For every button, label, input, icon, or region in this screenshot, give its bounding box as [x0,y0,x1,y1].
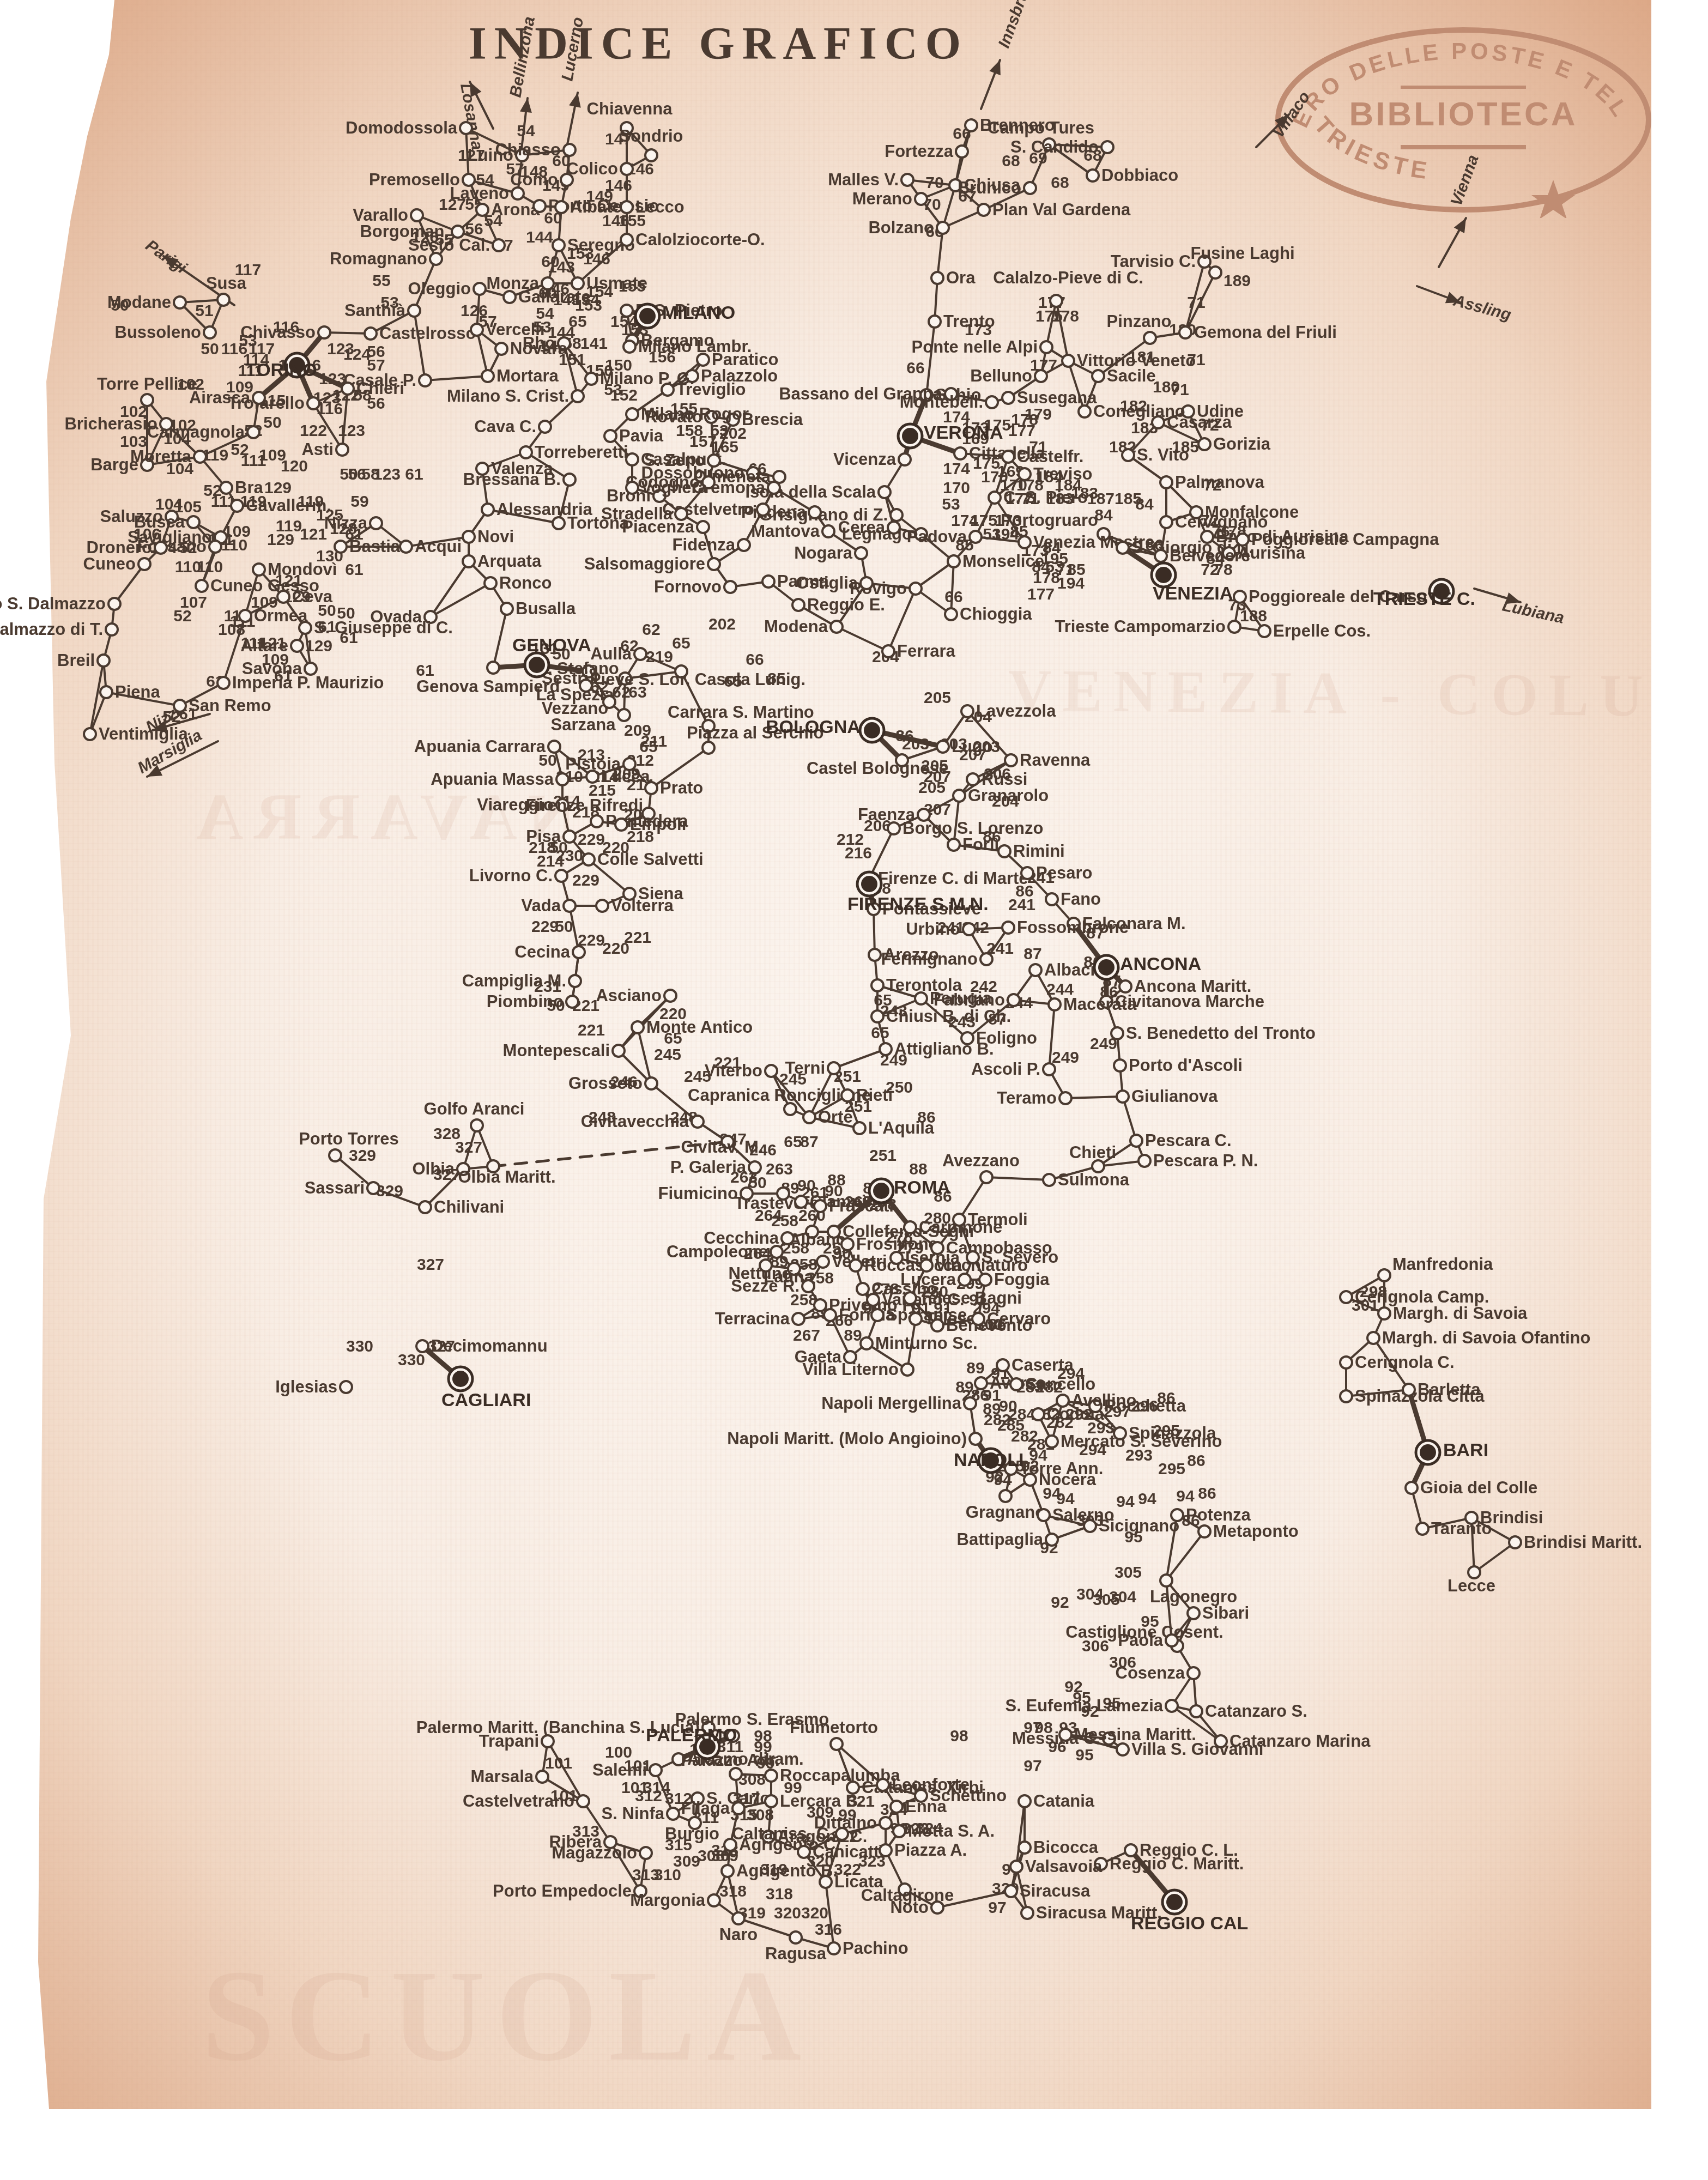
timetable-number[interactable]: 62 [642,621,660,639]
timetable-number[interactable]: 318 [766,1885,793,1903]
station[interactable]: Pachino [828,1939,908,1958]
timetable-number[interactable]: 94 [1138,1490,1156,1508]
station-node-icon [814,1299,826,1311]
timetable-number[interactable]: 209 [624,722,651,740]
station[interactable]: Valsavoia [1010,1857,1103,1876]
station[interactable]: Trieste Campomarzio [1055,617,1240,636]
station-node-icon [471,324,483,336]
timetable-number[interactable]: 146 [605,177,632,195]
station[interactable]: Napoli Mergellina [821,1394,976,1413]
timetable-number[interactable]: 327 [455,1139,482,1156]
station[interactable]: Reggio C. Maritt. [1095,1854,1244,1873]
station-node-icon [329,1149,341,1161]
station[interactable]: Vicenza [833,450,911,469]
station-label: Catanzaro Marina [1229,1731,1371,1751]
station[interactable]: Gemona del Friuli [1179,323,1337,342]
station-node-icon [231,500,243,512]
timetable-number[interactable]: 94 [1176,1487,1195,1505]
station[interactable]: Sassari [305,1178,379,1197]
station[interactable]: Sondrio [619,126,683,161]
timetable-number[interactable]: 97 [1023,1757,1041,1775]
timetable-number[interactable]: 251 [869,1147,897,1165]
timetable-number[interactable]: 179 [1025,405,1052,423]
station[interactable]: Brindisi Maritt. [1509,1533,1642,1552]
station[interactable]: Minturno Sc. [861,1334,978,1353]
station-label: Urbino [906,919,960,938]
timetable-number[interactable]: 66 [746,651,764,669]
station[interactable]: Torreberetti [520,443,628,462]
station[interactable]: Fortezza [885,142,968,161]
station[interactable]: Salsomaggiore [584,554,720,573]
timetable-number[interactable]: 84 [1135,495,1154,513]
station-node-icon [817,1256,829,1268]
timetable-number[interactable]: 50 [555,918,573,936]
timetable-number[interactable]: 66 [944,588,962,606]
timetable-number[interactable]: 110 [197,558,223,576]
station[interactable]: Lagonegro [1150,1575,1237,1606]
station-node-icon [1403,1384,1415,1396]
station-node-icon [1046,1436,1058,1448]
timetable-number[interactable]: 194 [1057,574,1085,592]
station[interactable]: Trento [929,312,995,331]
station[interactable]: Catania [1019,1791,1095,1810]
station[interactable]: Imperia P. Maurizio [217,673,384,692]
timetable-number[interactable]: 178 [1052,307,1079,325]
station-node-icon [904,1292,916,1304]
timetable-number[interactable]: 229 [572,871,599,889]
station[interactable]: Catanzaro S. [1190,1701,1307,1721]
station[interactable]: Ravenna [1005,750,1091,770]
station[interactable]: Pescara C. [1130,1131,1232,1150]
station[interactable]: Castelvetrano [463,1791,589,1810]
station[interactable]: Cecina [514,942,585,961]
station[interactable]: Borgo S. Dalmazzo [0,594,120,613]
station[interactable]: Taranto [1416,1519,1492,1538]
station[interactable]: Moretta [130,447,206,466]
station[interactable]: Bressana B. [463,470,576,489]
timetable-number[interactable]: 123 [373,465,401,483]
station-label: Naro [719,1925,758,1944]
station[interactable]: Apuania Carrara [414,737,560,756]
station-label: Livorno C. [469,866,553,885]
station[interactable]: Milano Rogor. [626,404,753,423]
station[interactable]: Montebell. [900,392,998,411]
station[interactable]: Rimini [998,841,1065,861]
timetable-number[interactable]: 88 [909,1160,927,1178]
timetable-number[interactable]: 202 [708,615,736,633]
station-label: Magazzolo [552,1843,637,1862]
station[interactable]: Milano P. G. [585,369,694,388]
station[interactable]: Asti [301,440,348,459]
station-node-icon [1416,1523,1428,1535]
station[interactable]: Domodossola [346,118,472,137]
station[interactable]: Giulianova [1117,1087,1218,1106]
station[interactable]: S. Giuseppe di C. [299,618,453,637]
station[interactable]: Fornovo [654,577,736,596]
station[interactable]: Altare [240,636,303,655]
station-label: Marsala [471,1767,534,1786]
timetable-number[interactable]: 97 [988,1899,1006,1917]
station[interactable]: Enna [891,1797,947,1816]
station[interactable]: Catanzaro Marina [1215,1731,1371,1751]
station[interactable]: Susegana [1002,388,1097,407]
timetable-number[interactable]: 71 [1171,381,1189,399]
timetable-number[interactable]: 53 [942,495,960,513]
timetable-number[interactable]: 92 [1051,1594,1069,1612]
timetable-number[interactable]: 51 [195,302,213,320]
timetable-number[interactable]: 70 [925,174,943,192]
station-node-icon [880,1817,892,1829]
timetable-number[interactable]: 144 [526,228,553,246]
station[interactable]: Monte Antico [632,1018,753,1037]
timetable-number[interactable]: 89 [966,1359,984,1377]
station[interactable]: Arezzo [869,945,939,964]
timetable-number[interactable]: 177 [1027,585,1055,603]
timetable-number[interactable]: 55 [372,272,390,290]
timetable-number[interactable]: 98 [950,1727,968,1745]
timetable-number[interactable]: 230 [556,847,583,865]
station-label: Chiusi B. di Ch. [886,1007,1011,1026]
station[interactable]: Attigliano B. [880,1039,994,1058]
station[interactable]: Montepescali [503,1041,625,1060]
timetable-number[interactable]: 258 [771,1212,798,1230]
station-label: Apuania Massa [431,770,554,789]
station-label: Laveno [450,184,509,203]
timetable-number[interactable]: 68 [1051,174,1069,192]
station-label: Campo Tures [988,118,1094,137]
station[interactable]: Vezzano [542,696,615,718]
station[interactable]: Messina Maritt. [1059,1725,1196,1744]
timetable-number[interactable]: 152 [610,386,638,404]
station[interactable]: C. S. Piero [989,488,1088,507]
station[interactable]: Santhià [344,301,420,320]
station[interactable]: Gioia del Colle [1406,1478,1537,1497]
station[interactable]: Romagnano [330,249,442,268]
timetable-number[interactable]: 129 [267,531,294,549]
station[interactable]: Nizza [324,513,382,532]
station[interactable]: S. Eufemia Lamezia [1006,1696,1178,1715]
station[interactable]: Piazza A. [880,1840,967,1860]
timetable-number[interactable]: 61 [345,561,363,579]
major-city[interactable]: BARI [1416,1440,1488,1464]
station[interactable]: Colico [566,159,633,178]
timetable-number[interactable]: 245 [654,1046,681,1064]
station-node-icon [613,1045,625,1057]
station[interactable]: Sicignano [1084,1516,1179,1535]
station-node-icon [556,773,568,785]
timetable-number[interactable]: 65 [784,1133,802,1151]
timetable-number[interactable]: 189 [1224,272,1251,290]
station[interactable]: Metaponto [1198,1522,1299,1541]
station-label: Giulianova [1131,1087,1218,1106]
station-label: Fiumicino [658,1184,738,1203]
station[interactable]: Decimomannu [416,1336,548,1355]
timetable-number[interactable]: 203 [902,735,929,753]
major-city[interactable]: TRIESTE C. [1373,579,1475,609]
timetable-number[interactable]: 267 [793,1327,820,1345]
timetable-number[interactable]: 329 [376,1182,403,1200]
timetable-number[interactable]: 295 [1158,1460,1185,1478]
timetable-number[interactable]: 330 [398,1351,425,1369]
station[interactable]: Calalzo-Pieve di C. [993,268,1143,307]
station-label: Taranto [1431,1519,1492,1538]
timetable-number[interactable]: 310 [654,1866,681,1884]
station[interactable]: Modane [107,293,186,312]
timetable-number[interactable]: 316 [815,1921,842,1939]
timetable-number[interactable]: 141 [580,335,608,353]
timetable-number[interactable]: 95 [1075,1746,1093,1764]
timetable-number[interactable]: 241 [1008,896,1035,914]
timetable-number[interactable]: 170 [943,479,970,497]
timetable-number[interactable]: 177 [1008,422,1035,440]
timetable-number[interactable]: 121 [300,525,327,543]
station[interactable]: Telese Bagni [904,1288,1022,1307]
station[interactable]: Milano Lambr. [623,337,752,356]
station[interactable]: Fano [1046,889,1101,909]
timetable-number[interactable]: 305 [1115,1564,1142,1582]
station[interactable]: Orte [803,1107,853,1127]
station[interactable]: Bastia [335,537,401,556]
timetable-number[interactable]: 120 [281,457,308,475]
station[interactable]: Chiusi B. di Ch. [871,1007,1011,1026]
station[interactable]: Milano S. Crist. [447,386,584,405]
station[interactable]: Chieti [1069,1143,1116,1172]
station[interactable]: Civitav. M. [681,1136,763,1156]
timetable-number[interactable]: 87 [1023,945,1041,963]
station[interactable]: Pescara P. N. [1138,1151,1258,1170]
station[interactable]: Fossombrone [1002,918,1129,937]
station[interactable]: Palmanova [1160,473,1264,492]
station[interactable]: Villa Literno [802,1360,913,1379]
station[interactable]: Sulmona [1043,1170,1130,1189]
station[interactable]: Reggio E. [792,595,885,614]
station[interactable]: Civitavecchia [581,1112,704,1131]
station[interactable]: Pieve S. Lor. Casola Lunig. [590,665,805,689]
timetable-number[interactable]: 123 [338,422,365,440]
timetable-number[interactable]: 61 [405,465,423,483]
station[interactable]: Gragnano [966,1490,1045,1522]
timetable-number[interactable]: 221 [578,1021,605,1039]
station[interactable]: Fiumetorto [790,1718,878,1750]
station[interactable]: Belvedere [1155,546,1250,565]
station[interactable]: Mantova [751,522,834,541]
timetable-number[interactable]: 304 [1109,1588,1136,1606]
timetable-number[interactable]: 50 [201,340,219,358]
station[interactable]: Acqui [400,537,462,556]
station[interactable]: L'Aquila [853,1118,935,1137]
timetable-number[interactable]: 87 [800,1133,818,1151]
timetable-number[interactable]: 52 [173,607,191,625]
station[interactable]: Lavezzola [961,701,1056,720]
station-node-icon [220,482,232,494]
station[interactable]: Bra [220,478,263,497]
station[interactable]: Porto d'Ascoli [1114,1056,1243,1075]
station[interactable]: Marsala [471,1767,548,1786]
station[interactable]: Olbia Maritt. [458,1160,555,1186]
station[interactable]: Busalla [501,599,576,618]
timetable-number[interactable]: 249 [1052,1049,1079,1067]
station[interactable]: Mercato S. Severino [1046,1432,1222,1451]
station-label: Viterbo [705,1061,762,1080]
station[interactable]: Ora [931,268,976,287]
station[interactable]: Ponte nelle Alpi [912,337,1052,356]
station[interactable]: Viterbo [705,1061,777,1080]
station[interactable]: Ascoli P. [971,1059,1055,1079]
station-node-icon [487,662,499,674]
station[interactable]: Gorizia [1198,434,1271,453]
station[interactable]: Nogara [794,543,867,562]
timetable-number[interactable]: 229 [578,831,605,849]
station[interactable]: Bussoleno [115,323,216,342]
timetable-number[interactable]: 188 [1240,607,1267,625]
station[interactable]: Colle Salvetti [583,850,704,869]
station[interactable]: Piena [100,682,160,701]
station-node-icon [901,1364,913,1376]
station[interactable]: Castelrosso [365,324,476,343]
station[interactable]: Chioggia [945,604,1032,623]
station[interactable]: Brunico [958,178,1036,197]
station-node-icon [724,1839,736,1851]
station[interactable]: S. Benedetto del Tronto [1111,1024,1316,1043]
timetable-number[interactable]: 187 [1087,490,1115,508]
station[interactable]: Terracina [715,1309,804,1328]
station[interactable]: Margh. di Savoia [1378,1304,1528,1323]
station[interactable]: Campiglia M. [462,971,581,990]
station[interactable]: Ventimiglia [84,724,188,743]
station-label: Monza [487,274,540,293]
station-node-icon [307,397,319,409]
station[interactable]: Iglesias [275,1377,352,1396]
station-node-icon [1117,542,1129,554]
station[interactable]: Margh. di Savoia Ofantino [1367,1328,1590,1347]
station[interactable]: Campoleone [667,1242,783,1261]
timetable-number[interactable]: 54 [517,122,535,140]
station[interactable]: Granarolo [953,786,1049,805]
timetable-number[interactable]: 308 [747,1806,774,1824]
timetable-number[interactable]: 66 [906,359,924,377]
station-label: Asciano [596,986,662,1005]
station-label: Erpelle Cos. [1273,621,1371,640]
timetable-number[interactable]: 50 [263,414,281,432]
timetable-number[interactable]: 174 [943,460,970,478]
station[interactable]: Calolziocorte-O. [621,230,765,249]
major-city[interactable]: MILANO [635,302,735,328]
station[interactable]: Battipaglia [957,1530,1058,1549]
station[interactable]: Sibari [1188,1603,1249,1622]
station[interactable]: Parma [762,572,829,591]
timetable-number[interactable]: 71 [1187,294,1205,312]
station[interactable]: Oleggio [408,279,486,298]
timetable-number[interactable]: 86 [1187,1452,1205,1470]
timetable-number[interactable]: 129 [264,479,292,497]
major-city[interactable]: NAPOLI [954,1449,1023,1473]
timetable-number[interactable]: 59 [350,493,368,511]
timetable-number[interactable]: 122 [300,422,327,440]
timetable-number[interactable]: 330 [346,1337,373,1355]
station[interactable]: Cosenza [1116,1663,1200,1682]
station[interactable]: Breil [57,651,110,670]
station[interactable]: Manfredonia [1378,1255,1493,1281]
station[interactable]: Pinzano [1107,312,1172,344]
timetable-number[interactable]: 65 [672,634,690,652]
station[interactable]: S. Dalmazzo di T. [0,620,118,639]
timetable-number[interactable]: 329 [349,1147,376,1165]
station[interactable]: Fidenza [673,535,750,554]
station[interactable]: Erpelle Cos. [1258,621,1371,640]
timetable-number[interactable]: 86 [1198,1485,1216,1503]
station[interactable]: Lercara B. [765,1791,863,1810]
timetable-number[interactable]: 89 [844,1327,862,1345]
timetable-number[interactable]: 216 [845,844,872,862]
station[interactable]: Motta S. A. [893,1821,995,1840]
station[interactable]: Apuania Massa [431,770,568,789]
station[interactable]: Porto Empedocle [493,1881,646,1900]
timetable-number[interactable]: 65 [871,1024,889,1042]
timetable-number[interactable]: 220 [602,940,629,958]
station[interactable]: Dobbiaco [1087,166,1178,185]
station[interactable]: Mortara [482,366,559,385]
timetable-number[interactable]: 65 [568,313,586,331]
station[interactable]: Lecce [1447,1566,1495,1595]
station[interactable]: Magazzolo [552,1843,652,1862]
station[interactable]: Terni [785,1058,840,1077]
station-node-icon [138,558,150,570]
timetable-number[interactable]: 205 [918,779,946,797]
station[interactable]: Carmagnola [147,422,259,441]
station[interactable]: Plan Val Gardena [978,200,1131,219]
station-label: Civitavecchia [581,1112,689,1131]
station-label: Milano P. G. [600,369,694,388]
station[interactable]: San Remo [174,696,271,715]
timetable-number[interactable]: 312 [635,1787,662,1805]
timetable-number[interactable]: 327 [417,1256,444,1274]
station-node-icon [1087,169,1099,181]
station[interactable]: Cavallerm. [231,496,331,515]
station[interactable]: Monselice [948,552,1044,571]
station[interactable]: Malles V. [828,170,913,189]
major-city[interactable]: CAGLIARI [441,1367,531,1410]
station[interactable]: Novara [495,339,568,358]
station-label: Orte [818,1107,853,1127]
timetable-number[interactable]: 178 [1033,569,1060,587]
station-node-icon [1406,1482,1418,1494]
timetable-number[interactable]: 320 [774,1904,801,1922]
station[interactable]: Cerignola C. [1340,1353,1455,1372]
timetable-number[interactable]: 94 [1116,1493,1135,1511]
station[interactable]: Bicocca [1019,1838,1099,1857]
station[interactable]: Torre Pellice [97,374,197,406]
timetable-number[interactable]: 318 [719,1882,747,1900]
major-city[interactable]: ANCONA [1094,954,1201,979]
station-node-icon [722,1865,734,1877]
station[interactable]: Firenze C. di Marte [863,869,1028,888]
station[interactable]: Margonia [630,1891,720,1910]
timetable-number[interactable]: 205 [924,689,951,707]
timetable-number[interactable]: 129 [305,637,332,655]
station-label: Vicenza [833,450,897,469]
station[interactable]: Livorno C. [469,866,567,885]
station[interactable]: S. Candido [1010,137,1113,156]
timetable-number[interactable]: 320 [801,1904,828,1922]
station[interactable]: Modena [764,617,843,636]
station[interactable]: Napoli Maritt. (Molo Angioino) [727,1429,982,1448]
station[interactable]: Novi [463,527,514,546]
station-label: Lercara B. [780,1791,863,1810]
timetable-number[interactable]: 101 [545,1754,572,1772]
station[interactable]: Volterra [596,896,674,915]
timetable-number[interactable]: 263 [766,1160,793,1178]
timetable-number[interactable]: 219 [646,648,673,666]
